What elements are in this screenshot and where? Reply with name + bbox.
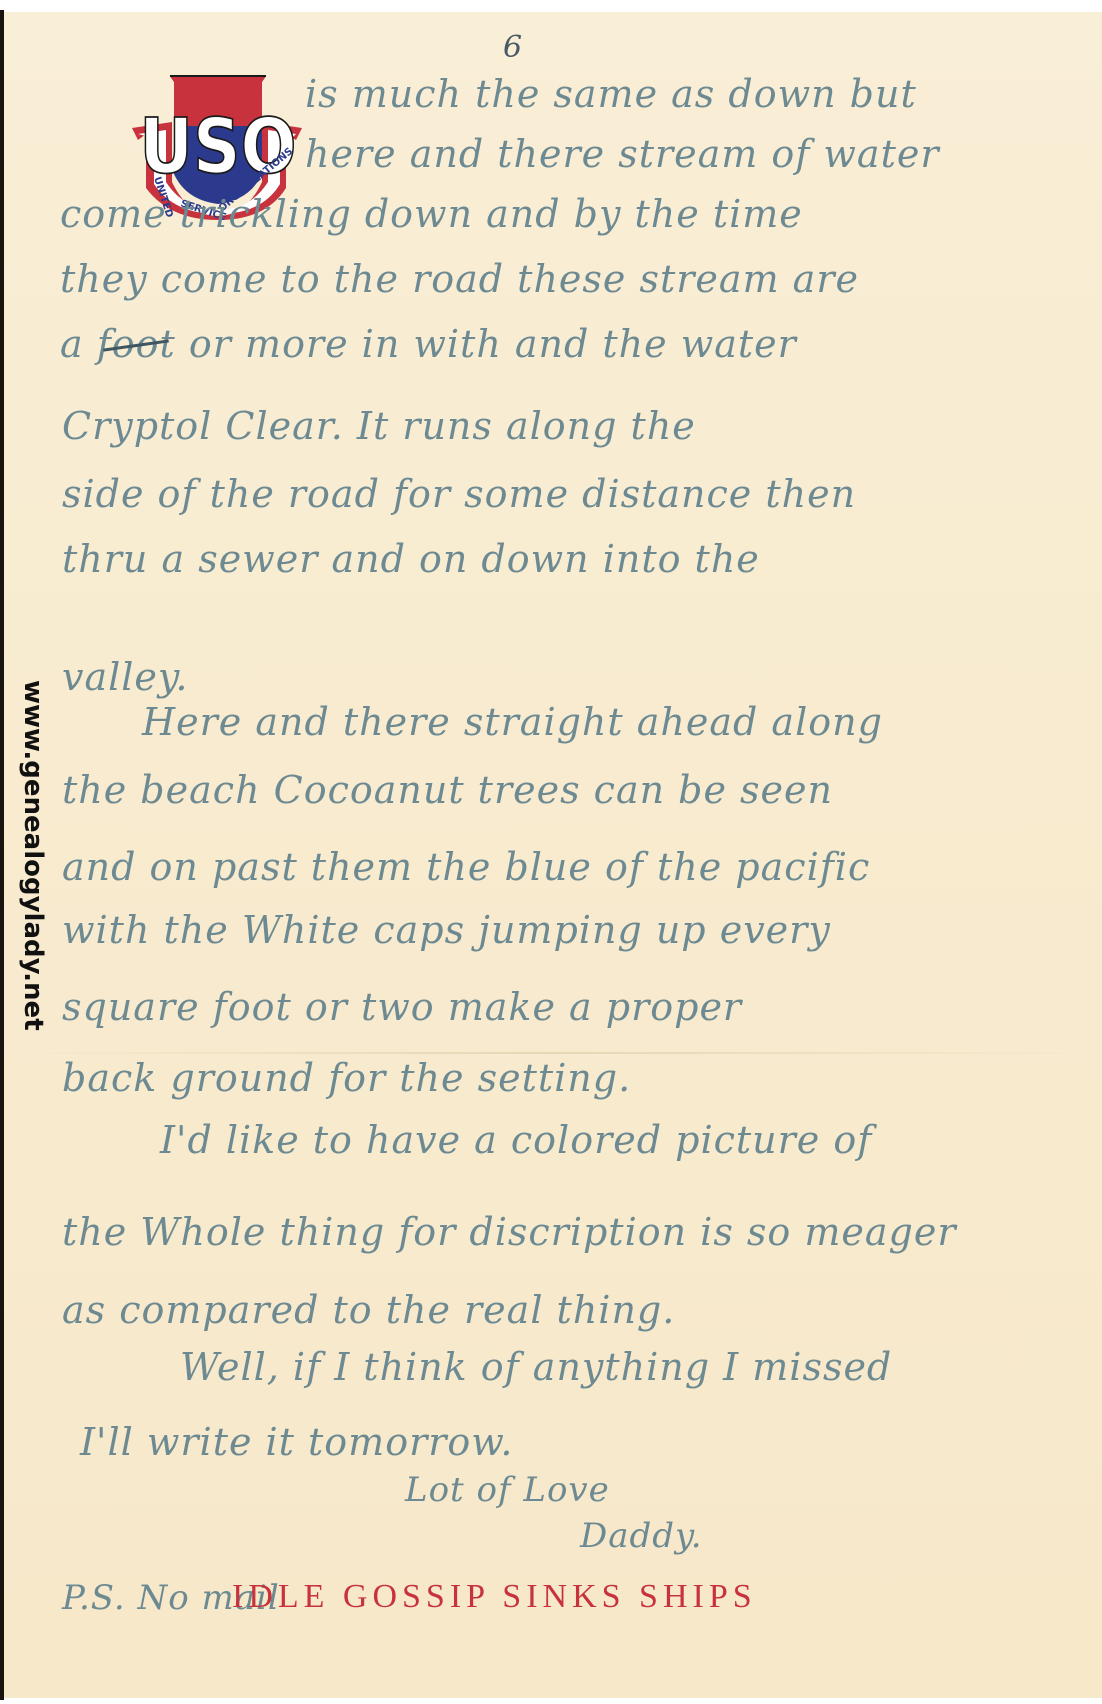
letter-line: Cryptol Clear. It runs along the <box>62 404 696 448</box>
letter-signature: Daddy. <box>580 1516 703 1556</box>
letter-line: come trickling down and by the time <box>60 192 803 236</box>
page-number: 6 <box>503 30 522 65</box>
watermark: www.genealogylady.net <box>18 680 48 1031</box>
letter-line: I'll write it tomorrow. <box>80 1420 513 1464</box>
letter-line: they come to the road these stream are <box>60 257 859 301</box>
letter-line: is much the same as down but <box>305 72 917 116</box>
letter-line: Here and there straight ahead along <box>142 700 883 744</box>
letter-line: thru a sewer and on down into the <box>62 537 760 581</box>
letter-line: a foot or more in with and the water <box>60 322 797 366</box>
letter-line: with the White caps jumping up every <box>62 908 831 952</box>
footer-motto: IDLE GOSSIP SINKS SHIPS <box>232 1578 757 1616</box>
letter-line: here and there stream of water <box>305 132 940 176</box>
letter-line: I'd like to have a colored picture of <box>160 1118 872 1162</box>
letter-line: and on past them the blue of the pacific <box>62 845 870 889</box>
letter-line: as compared to the real thing. <box>62 1288 675 1332</box>
letter-text: or more in with and the water <box>176 322 797 366</box>
letter-line: the beach Cocoanut trees can be seen <box>62 768 833 812</box>
struck-out-word: foot <box>97 322 176 366</box>
paper-fold-line <box>4 1052 1102 1054</box>
letter-closing: Lot of Love <box>405 1470 610 1510</box>
letter-line: back ground for the setting. <box>62 1056 631 1100</box>
letter-line: side of the road for some distance then <box>62 472 856 516</box>
letter-line: Well, if I think of anything I missed <box>180 1345 892 1389</box>
letter-line: the Whole thing for discription is so me… <box>62 1210 957 1254</box>
letter-line: valley. <box>62 655 188 699</box>
letter-text: a <box>60 322 97 366</box>
letter-line: square foot or two make a proper <box>62 985 742 1029</box>
